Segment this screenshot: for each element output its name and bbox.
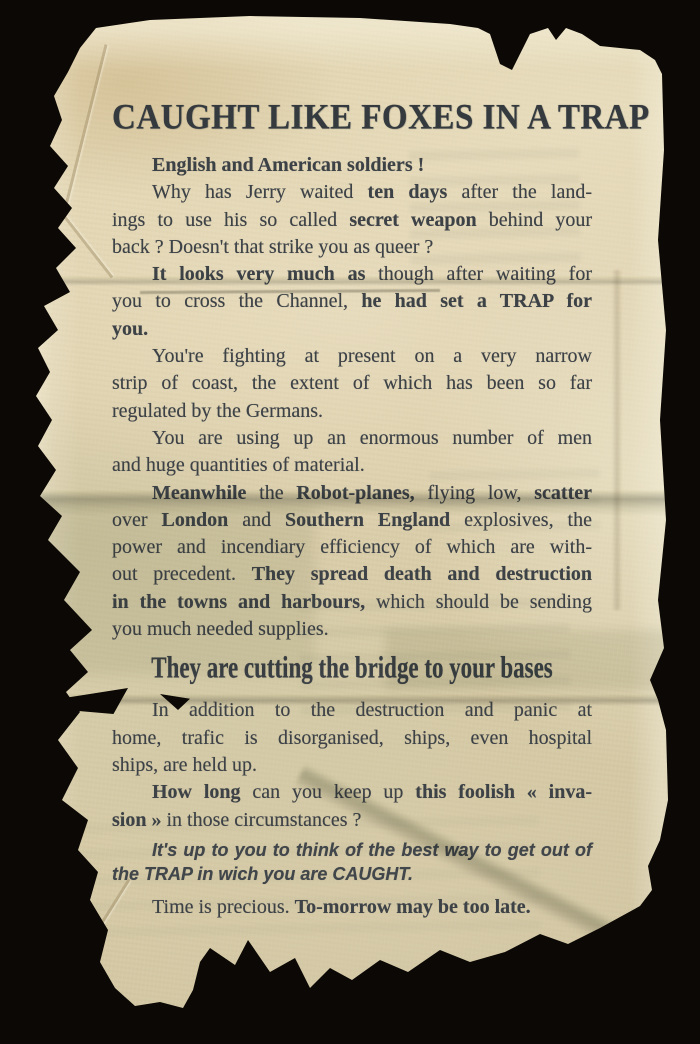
text-run: scatter [534,482,592,504]
text-line: ings to use his so called secret weapon … [112,207,592,234]
text-run: you to cross the Channel, [112,290,361,312]
text-line: you much needed supplies. [112,616,592,643]
text-line: Time is precious. To-morrow may be too l… [112,894,592,921]
text-run: flying low, [415,482,535,504]
text-run: In addition to the destruction and panic… [152,699,592,721]
text-run: It looks very much as [152,263,365,285]
text-run: you. [112,318,148,340]
text-line: sion » in those circumstances ? [112,807,592,834]
text-line: Why has Jerry waited ten days after the … [112,179,592,206]
text-run: You're fighting at present on a very nar… [152,345,592,367]
text-line: You're fighting at present on a very nar… [112,343,592,370]
text-run: after the land- [447,181,592,203]
text-line: It's up to you to think of the best way … [112,838,592,863]
text-run: power and incendiary efficiency of which… [112,536,592,558]
text-run: ings to use his so called [112,209,349,231]
paragraph: How long can you keep up this foolish « … [112,779,592,834]
paragraph: Why has Jerry waited ten days after the … [112,179,592,261]
text-run: They spread death and destruction [252,563,592,585]
text-run: he had set a TRAP for [361,290,592,312]
paragraph: Time is precious. To-morrow may be too l… [112,894,592,921]
text-run: English and American soldiers ! [152,154,424,176]
text-line: English and American soldiers ! [112,152,592,179]
text-run: ships, are held up. [112,754,257,776]
paragraph: You are using up an enormous number of m… [112,425,592,480]
text-run: over [112,509,162,531]
text-line: How long can you keep up this foolish « … [112,779,592,806]
text-run: you much needed supplies. [112,618,329,640]
vertical-crease [612,270,622,610]
text-run: though after waiting for [365,263,592,285]
text-run: which should be sending [365,591,592,613]
paragraph: English and American soldiers ! [112,152,592,179]
text-run: secret weapon [349,209,476,231]
text-run: Southern England [285,509,450,531]
text-line: strip of coast, the extent of which has … [112,370,592,397]
text-run: sion » [112,809,161,831]
text-run: this foolish « inva- [415,781,592,803]
paragraph: In addition to the destruction and panic… [112,697,592,779]
text-line: and huge quantities of material. [112,452,592,479]
paragraph: You're fighting at present on a very nar… [112,343,592,425]
text-line: Meanwhile the Robot-planes, flying low, … [112,480,592,507]
paragraph: It's up to you to think of the best way … [112,838,592,887]
text-run: in those circumstances ? [161,809,361,831]
text-line: you. [112,316,592,343]
text-line: power and incendiary efficiency of which… [112,534,592,561]
text-run: can you keep up [241,781,416,803]
text-run: How long [152,781,241,803]
text-line: home, trafic is disorganised, ships, eve… [112,725,592,752]
text-run: explosives, the [450,509,592,531]
text-run: regulated by the Germans. [112,400,323,422]
text-run: the TRAP in wich you are CAUGHT. [112,864,413,884]
text-run: Time is precious. [152,896,295,918]
text-run: To-morrow may be too late. [295,896,531,918]
text-run: It's up to you to think of the best way … [152,840,592,860]
scan-background: CAUGHT LIKE FOXES IN A TRAP English and … [0,0,700,1044]
leaflet-text: CAUGHT LIKE FOXES IN A TRAP English and … [112,0,592,921]
text-run: Robot-planes, [296,482,414,504]
leaflet-section-1: English and American soldiers !Why has J… [112,152,592,643]
text-line: in the towns and harbours, which should … [112,589,592,616]
text-run: Meanwhile [152,482,246,504]
text-run: the [246,482,296,504]
text-run: London [162,509,229,531]
text-line: the TRAP in wich you are CAUGHT. [112,862,592,887]
text-line: regulated by the Germans. [112,398,592,425]
text-run: Why has Jerry waited [152,181,368,203]
text-line: over London and Southern England explosi… [112,507,592,534]
leaflet-headline: CAUGHT LIKE FOXES IN A TRAP [112,92,592,143]
corner-fold-seam [63,44,107,210]
leaflet-section-2: In addition to the destruction and panic… [112,697,592,921]
text-run: back ? Doesn't that strike you as queer … [112,236,433,258]
text-run: out precedent. [112,563,252,585]
leaflet-subheading: They are cutting the bridge to your base… [148,645,556,690]
corner-fold-seam [62,214,114,279]
text-run: home, trafic is disorganised, ships, eve… [112,727,592,749]
text-line: you to cross the Channel, he had set a T… [112,288,592,315]
text-run: ten days [368,181,448,203]
text-run: strip of coast, the extent of which has … [112,372,592,394]
text-line: back ? Doesn't that strike you as queer … [112,234,592,261]
text-line: It looks very much as though after waiti… [112,261,592,288]
text-run: in the towns and harbours, [112,591,365,613]
text-line: You are using up an enormous number of m… [112,425,592,452]
text-run: You are using up an enormous number of m… [152,427,592,449]
text-line: ships, are held up. [112,752,592,779]
text-run: and [228,509,285,531]
text-run: and huge quantities of material. [112,454,365,476]
text-line: out precedent. They spread death and des… [112,561,592,588]
leaflet-paper: CAUGHT LIKE FOXES IN A TRAP English and … [0,0,700,1044]
paragraph: It looks very much as though after waiti… [112,261,592,343]
paragraph: Meanwhile the Robot-planes, flying low, … [112,480,592,644]
text-line: In addition to the destruction and panic… [112,697,592,724]
text-run: behind your [477,209,592,231]
